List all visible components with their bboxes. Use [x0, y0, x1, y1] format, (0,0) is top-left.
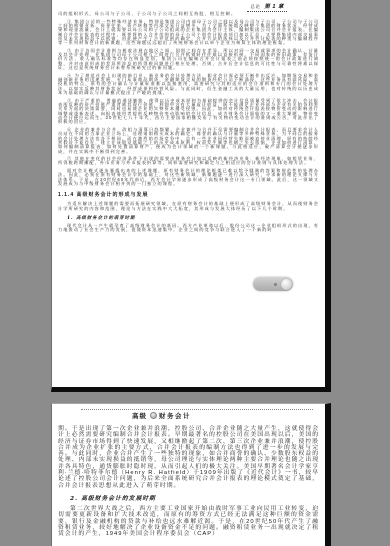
- paragraph-item-4: ④ 为了规范社会上出现的新行业、新业务的会计处理方法，职业会计界必须不断作出反应…: [58, 74, 319, 96]
- book-title-label: 财务会计: [159, 411, 191, 420]
- book-logo-icon: [150, 412, 157, 419]
- paragraph: 第二次世界大战之后，西方主要工业国家开始由战时军事工业向民用工业转变，迫切需要更…: [58, 506, 319, 537]
- page-2-text-body: 期。于是出现了第一次企业兼并浪潮，控股公司、合并企业随之大量产生，这就使得会计上…: [58, 426, 319, 537]
- paragraph-closing: 面对会计模式逐步暴露出来的上述课题，原有财务会计的理论框架已难以给予圆满的答案和…: [58, 169, 319, 186]
- page-header-chapter: 总论 第 1 章: [247, 2, 287, 12]
- book-series-label: 高级: [132, 411, 147, 420]
- paragraph-item-7: ⑦ 其他在变化的社会经济条件下出现的需要由财务会计加以反映的新经济业务、新经济现…: [58, 157, 319, 166]
- chapter-title: 总论: [250, 4, 260, 10]
- header-dotted-rule: [81, 409, 313, 410]
- paragraph-item-5: ⑤ 由于严重的、普遍的通货膨胀，使得以历史成本原则为基础提供的会计信息质量受到了…: [58, 99, 319, 125]
- document-page-1: 总论 第 1 章 司的组织形式，母公司与子公司、子公司与子公司之间相互持股、相互…: [51, 0, 331, 392]
- scroll-handle[interactable]: [253, 277, 293, 291]
- paragraph-item-6: ⑥ 企业的兼并与合并、改组与清算日趋频繁。企业兼并与合并不仅需要编制合并会计报表…: [58, 128, 319, 154]
- paragraph-continued: 现代会计从一产生就孕育了高级财务会计的基因。西方产业革命以后，股份公司这一企业组…: [58, 224, 319, 233]
- document-page-2: 高级 财务会计 期。于是出现了第一次企业兼并浪潮，控股公司、合并企业随之大量产生…: [51, 403, 331, 546]
- scroll-handle-dot-icon: [274, 283, 277, 286]
- page-header-book-title: 高级 财务会计: [132, 411, 191, 420]
- paragraph-item-2: ② 集团公司的一些特殊经济业务，特别是集团公司内部母子公司之间以及母公司与子公司…: [58, 20, 319, 46]
- paragraph-item-3: ③ 由于各国会计准则与税收法规在地区之间、国别之间存在差异，所以对同一交易或事项…: [58, 49, 319, 71]
- subheading-1: 1. 高级财务会计的萌芽时期: [67, 215, 319, 221]
- document-viewer-background: 总论 第 1 章 司的组织形式，母公司与子公司、子公司与子公司之间相互持股、相互…: [0, 0, 390, 546]
- section-heading-1-1-4: 1.1.4 高级财务会计的形成与发展: [58, 191, 319, 198]
- paragraph-intro: 为适应解决上述课题的需要而拓展研究领域，在原有财务会计的基础上便形成了高级财务会…: [58, 202, 319, 211]
- paragraph: 司的组织形式，母公司与子公司、子公司与子公司之间相互持股、相互控制。: [58, 12, 319, 16]
- subheading-2: 2. 高级财务会计的发展时期: [70, 493, 319, 502]
- chapter-number: 第 1 章: [264, 2, 284, 10]
- scroll-handle-knob[interactable]: [281, 279, 292, 290]
- paragraph-continuation: 期。于是出现了第一次企业兼并浪潮，控股公司、合并企业随之大量产生，这就使得会计上…: [58, 426, 319, 489]
- page-1-text-body: 司的组织形式，母公司与子公司、子公司与子公司之间相互持股、相互控制。 ② 集团公…: [58, 12, 319, 233]
